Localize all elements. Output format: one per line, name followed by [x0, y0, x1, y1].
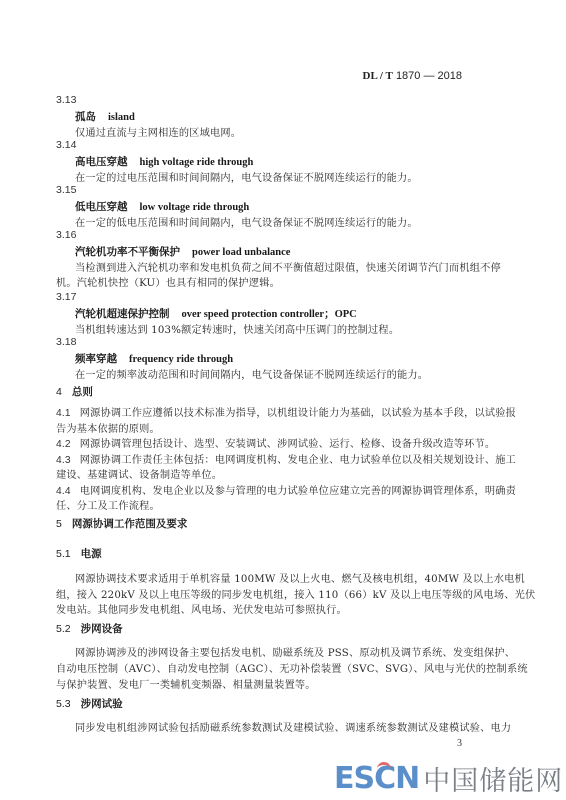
section-heading-5: 5网源协调工作范围及要求	[56, 516, 187, 531]
term-cn: 频率穿越	[75, 353, 117, 365]
term-cn: 低电压穿越	[75, 201, 128, 213]
section-title: 网源协调工作范围及要求	[72, 518, 188, 530]
subsection-heading-5-1: 5.1电源	[56, 546, 102, 561]
term-cn: 汽轮机超速保护控制	[75, 308, 170, 320]
clause-4-3: 4.3网源协调工作责任主体包括：电网调度机构、发电企业、电力试验单位以及相关规划…	[56, 451, 516, 466]
clause-number: 4.3	[56, 455, 71, 466]
paragraph-line: 发电站。其他同步发电机组、风电场、光伏发电站可参照执行。	[56, 601, 347, 616]
term-cn: 高电压穿越	[75, 156, 128, 168]
paragraph-line: 网源协调技术要求适用于单机容量 100MW 及以上火电、燃气及核电机组，40MW…	[75, 570, 525, 585]
term-en: frequency ride through	[129, 354, 233, 365]
term-number: 3.14	[56, 139, 76, 151]
clause-text-continued: 任、分工及工作流程。	[56, 497, 160, 512]
term-definition: 在一定的过电压范围和时间间隔内，电气设备保证不脱网连续运行的能力。	[75, 169, 418, 184]
paragraph-line: 网源协调涉及的涉网设备主要包括发电机、励磁系统及 PSS、原动机及调节系统、发变…	[75, 644, 515, 659]
paragraph-line: 组，接入 220kV 及以上电压等级的同步发电机组，接入 110（66）kV 及…	[56, 586, 535, 601]
paragraph-line: 与保护装置、发电厂一类辅机变频器、相量测量装置等。	[56, 676, 316, 691]
subsection-number: 5.1	[56, 548, 71, 560]
clause-number: 4.2	[56, 439, 71, 450]
term-heading: 频率穿越frequency ride through	[75, 351, 233, 366]
subsection-heading-5-3: 5.3涉网试验	[56, 696, 123, 711]
section-number: 4	[56, 386, 62, 398]
subsection-heading-5-2: 5.2涉网设备	[56, 621, 123, 636]
term-number: 3.15	[56, 184, 76, 196]
term-heading: 低电压穿越low voltage ride through	[75, 199, 249, 214]
term-definition: 在一定的频率波动范围和时间间隔内，电气设备保证不脱网连续运行的能力。	[75, 366, 428, 381]
clause-4-1: 4.1网源协调工作应遵循以技术标准为指导，以机组设计能力为基础，以试验为基本手段…	[56, 404, 516, 419]
subsection-title: 涉网试验	[81, 698, 123, 710]
standard-prefix: DL / T	[363, 70, 393, 82]
clause-text: 网源协调工作应遵循以技术标准为指导，以机组设计能力为基础，以试验为基本手段，以试…	[80, 408, 516, 419]
term-number: 3.16	[56, 229, 76, 241]
subsection-title: 电源	[81, 548, 102, 560]
clause-4-2: 4.2网源协调管理包括设计、选型、安装调试、涉网试验、运行、检修、设备升级改造等…	[56, 435, 495, 450]
standard-year: 1870 — 2018	[396, 70, 462, 82]
clause-4-4: 4.4电网调度机构、发电企业以及参与管理的电力试验单位应建立完善的网源协调管理体…	[56, 482, 516, 497]
term-en: island	[108, 112, 135, 123]
term-heading: 高电压穿越high voltage ride through	[75, 154, 253, 169]
paragraph-line: 同步发电机组涉网试验包括励磁系统参数测试及建模试验、调速系统参数测试及建模试验、…	[75, 719, 511, 734]
clause-text-continued: 告为基本依据的原则。	[56, 420, 160, 435]
term-en: low voltage ride through	[140, 202, 250, 213]
term-cn: 孤岛	[75, 111, 96, 123]
subsection-number: 5.2	[56, 623, 71, 635]
term-number: 3.13	[56, 94, 76, 106]
clause-text: 网源协调工作责任主体包括：电网调度机构、发电企业、电力试验单位以及相关规划设计、…	[80, 455, 516, 466]
term-definition: 在一定的低电压范围和时间间隔内，电气设备保证不脱网连续运行的能力。	[75, 214, 418, 229]
term-en: high voltage ride through	[140, 157, 254, 168]
term-en: power load unbalance	[192, 247, 290, 258]
term-heading: 汽轮机功率不平衡保护power load unbalance	[75, 244, 290, 259]
term-definition: 当检测到进入汽轮机功率和发电机负荷之间不平衡值超过限值，快速关闭调节汽门而机组不…	[75, 259, 501, 274]
escn-logo-chinese: 中国储能网	[423, 759, 563, 798]
clause-text: 电网调度机构、发电企业以及参与管理的电力试验单位应建立完善的网源协调管理体系，明…	[80, 486, 516, 497]
subsection-title: 涉网设备	[81, 623, 123, 635]
clause-number: 4.1	[56, 408, 71, 419]
term-en: over speed protection controller；OPC	[182, 309, 357, 320]
subsection-number: 5.3	[56, 698, 71, 710]
term-heading: 孤岛island	[75, 109, 135, 124]
term-heading: 汽轮机超速保护控制over speed protection controlle…	[75, 306, 357, 321]
clause-text: 网源协调管理包括设计、选型、安装调试、涉网试验、运行、检修、设备升级改造等环节。	[80, 439, 496, 450]
page-number: 3	[457, 738, 462, 749]
term-definition: 当机组转速达到 103%额定转速时，快速关闭高中压调门的控制过程。	[75, 321, 399, 336]
standard-number-header: DL / T 1870 — 2018	[363, 70, 463, 82]
clause-text-continued: 建设、基建调试、设备制造等单位。	[56, 466, 222, 481]
section-title: 总则	[72, 386, 93, 398]
term-definition-continued: 机。汽轮机快控（KU）也具有相同的保护逻辑。	[56, 274, 280, 289]
term-number: 3.17	[56, 291, 76, 303]
section-number: 5	[56, 518, 62, 530]
term-definition: 仅通过直流与主网相连的区域电网。	[75, 124, 241, 139]
escn-watermark-logo: ESCN 中国储能网	[334, 760, 563, 796]
section-heading-4: 4总则	[56, 384, 93, 399]
term-cn: 汽轮机功率不平衡保护	[75, 246, 180, 258]
term-number: 3.18	[56, 336, 76, 348]
paragraph-line: 自动电压控制（AVC）、自动发电控制（AGC）、无功补偿装置（SVC、SVG）、…	[56, 660, 528, 675]
clause-number: 4.4	[56, 486, 71, 497]
escn-logo-text: ESCN	[334, 761, 419, 796]
